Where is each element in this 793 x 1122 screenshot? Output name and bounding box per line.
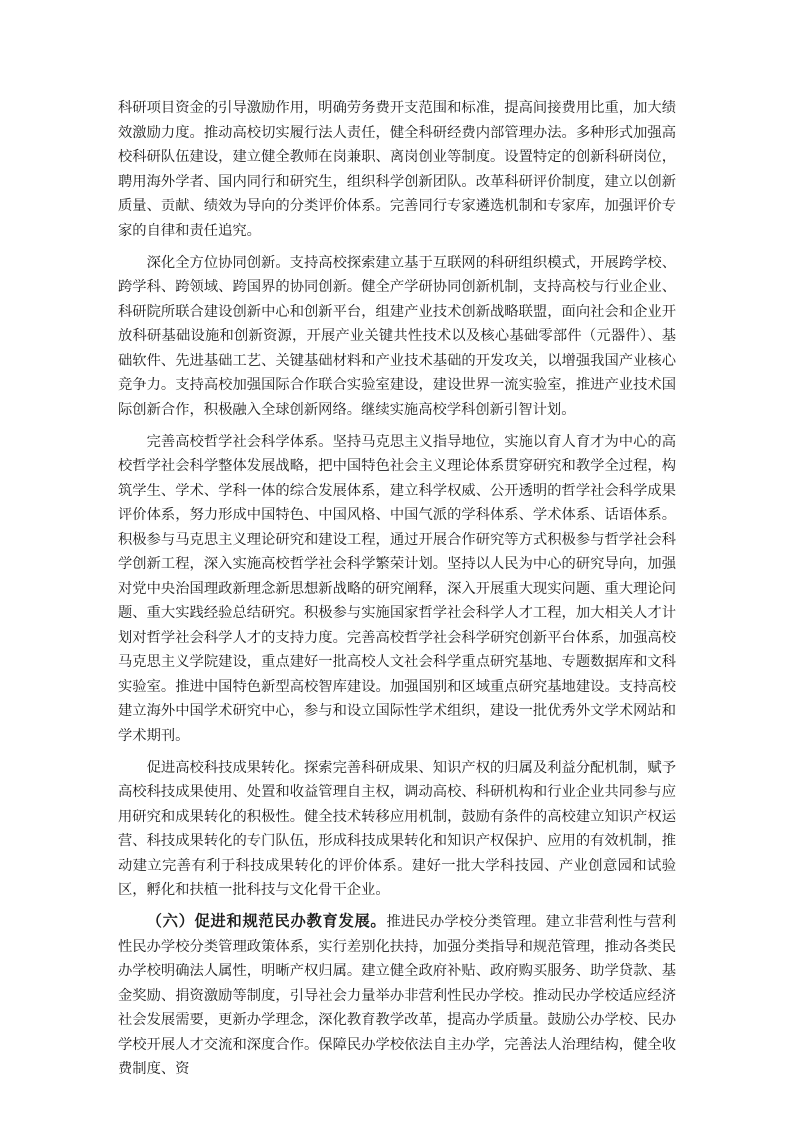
section-six-heading: （六）促进和规范民办教育发展。 <box>147 913 387 930</box>
section-six-body: 推进民办学校分类管理。建立非营利性与营利性民办学校分类管理政策体系，实行差别化扶… <box>118 914 676 1077</box>
paragraph-research-funding-evaluation: 科研项目资金的引导激励作用，明确劳务费开支范围和标准，提高间接费用比重，加大绩效… <box>118 96 676 243</box>
document-page: 科研项目资金的引导激励作用，明确劳务费开支范围和标准，提高间接费用比重，加大绩效… <box>0 0 793 1122</box>
page-text-block: 科研项目资金的引导激励作用，明确劳务费开支范围和标准，提高间接费用比重，加大绩效… <box>118 96 676 1089</box>
paragraph-collaborative-innovation: 深化全方位协同创新。支持高校探索建立基于互联网的科研组织模式，开展跨学校、跨学科… <box>118 251 676 423</box>
paragraph-philosophy-social-science: 完善高校哲学社会科学体系。坚持马克思主义指导地位，实施以育人育才为中心的高校哲学… <box>118 430 676 749</box>
paragraph-tech-achievement-transfer: 促进高校科技成果转化。探索完善科研成果、知识产权的归属及利益分配机制，赋予高校科… <box>118 756 676 903</box>
paragraph-private-education-section: （六）促进和规范民办教育发展。推进民办学校分类管理。建立非营利性与营利性民办学校… <box>118 910 676 1082</box>
